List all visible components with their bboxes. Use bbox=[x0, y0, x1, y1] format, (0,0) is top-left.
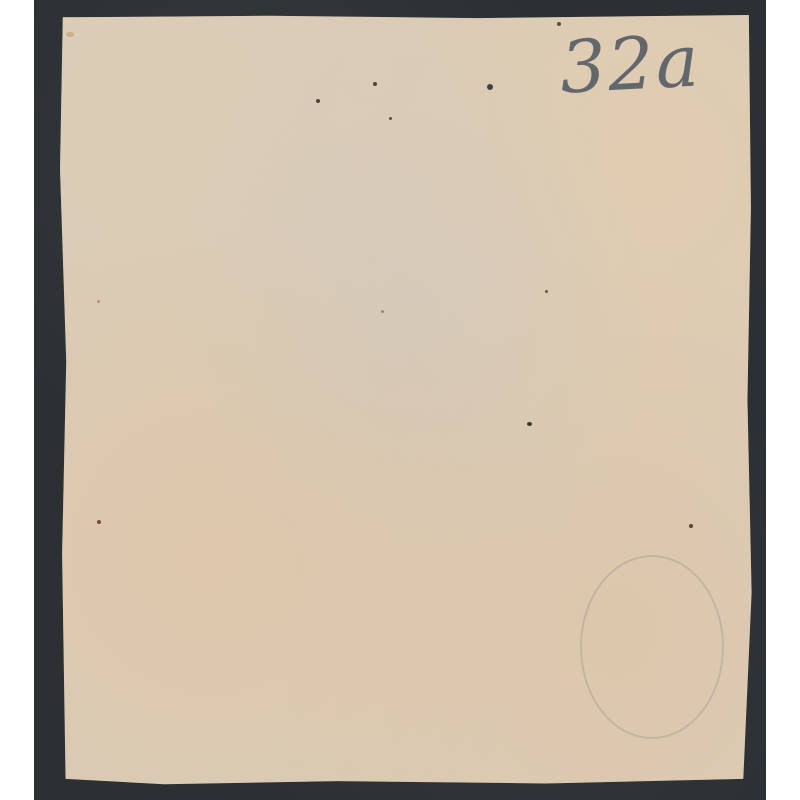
speck bbox=[373, 82, 377, 86]
pencil-annotation: 32a bbox=[558, 24, 702, 103]
speck bbox=[66, 32, 74, 37]
stamp-back bbox=[60, 15, 753, 785]
speck bbox=[389, 117, 392, 120]
speck bbox=[381, 310, 384, 313]
speck bbox=[97, 300, 100, 303]
speck bbox=[689, 524, 693, 528]
speck bbox=[316, 99, 320, 103]
speck bbox=[545, 290, 548, 293]
speck bbox=[487, 84, 493, 90]
faint-circular-mark bbox=[580, 555, 724, 739]
speck bbox=[97, 520, 101, 524]
stamp-photo: 32a bbox=[0, 0, 800, 800]
speck bbox=[527, 422, 532, 426]
